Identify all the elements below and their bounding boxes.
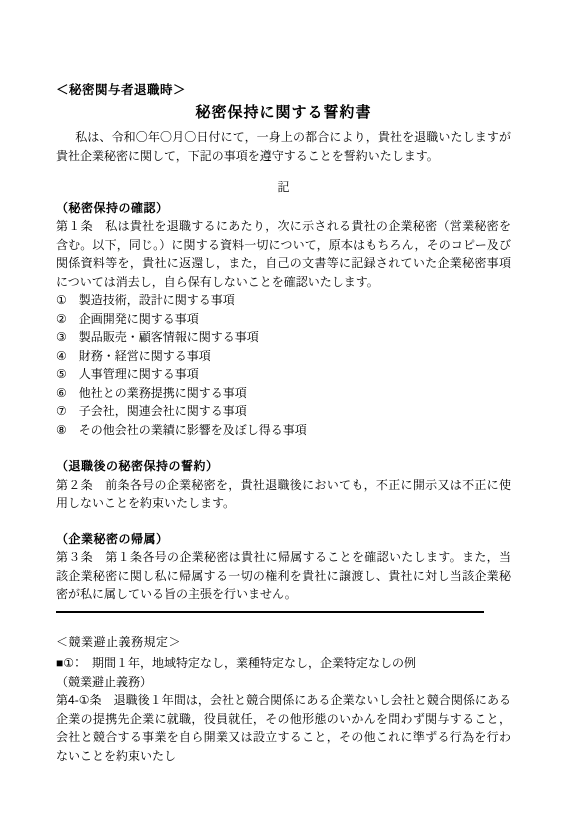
section-secret-ownership: （企業秘密の帰属） 第３条 第１条各号の企業秘密は貴社に帰属することを確認いたし…: [56, 530, 511, 604]
list-item: ⑥ 他社との業務提携に関する事項: [56, 384, 511, 403]
appendix-tag-label: ＜競業避止義務規定＞: [56, 633, 511, 652]
appendix-body: 第4-①条 退職後１年間は，会社と競合関係にある企業ないし会社と競合関係にある企…: [56, 691, 511, 765]
section-heading: （企業秘密の帰属）: [56, 530, 511, 549]
document-page: ＜秘密関与者退職時＞ 秘密保持に関する誓約書 私は、令和〇年〇月〇日付にて，一身…: [0, 0, 564, 813]
doc-tag-label: ＜秘密関与者退職時＞: [56, 82, 511, 99]
list-item: ⑦ 子会社，関連会社に関する事項: [56, 402, 511, 421]
section-body: 第２条 前条各号の企業秘密を，貴社退職後においても，不正に開示又は不正に使用しな…: [56, 476, 511, 513]
section-heading: （退職後の秘密保持の誓約）: [56, 457, 511, 476]
list-item: ② 企画開発に関する事項: [56, 310, 511, 329]
ki-label: 記: [56, 178, 511, 197]
list-item: ⑤ 人事管理に関する事項: [56, 365, 511, 384]
appendix-noncompete: ＜競業避止義務規定＞ ■①： 期間１年，地域特定なし，業種特定なし，企業特定なし…: [56, 633, 511, 766]
list-item: ③ 製品販売・顧客情報に関する事項: [56, 328, 511, 347]
section-confidentiality-confirmation: （秘密保持の確認） 第１条 私は貴社を退職するにあたり，次に示される貴社の企業秘…: [56, 199, 511, 440]
intro-paragraph: 私は、令和〇年〇月〇日付にて，一身上の都合により，貴社を退職いたしますが 貴社企…: [56, 128, 511, 165]
appendix-sub-heading: （競業避止義務）: [56, 673, 511, 692]
list-item: ① 製造技術，設計に関する事項: [56, 291, 511, 310]
list-item: ⑧ その他会社の業績に影響を及ぼし得る事項: [56, 421, 511, 440]
section-body: 第３条 第１条各号の企業秘密は貴社に帰属することを確認いたします。また，当該企業…: [56, 548, 511, 604]
confidential-items-list: ① 製造技術，設計に関する事項 ② 企画開発に関する事項 ③ 製品販売・顧客情報…: [56, 291, 511, 439]
section-heading: （秘密保持の確認）: [56, 199, 511, 218]
section-post-retirement-pledge: （退職後の秘密保持の誓約） 第２条 前条各号の企業秘密を，貴社退職後においても，…: [56, 457, 511, 513]
section-body: 第１条 私は貴社を退職するにあたり，次に示される貴社の企業秘密（営業秘密を含む。…: [56, 217, 511, 291]
horizontal-divider: [56, 611, 484, 613]
page-title: 秘密保持に関する誓約書: [56, 101, 511, 125]
list-item: ④ 財務・経営に関する事項: [56, 347, 511, 366]
appendix-example-label: ■①： 期間１年，地域特定なし，業種特定なし，企業特定なしの例: [56, 654, 511, 673]
